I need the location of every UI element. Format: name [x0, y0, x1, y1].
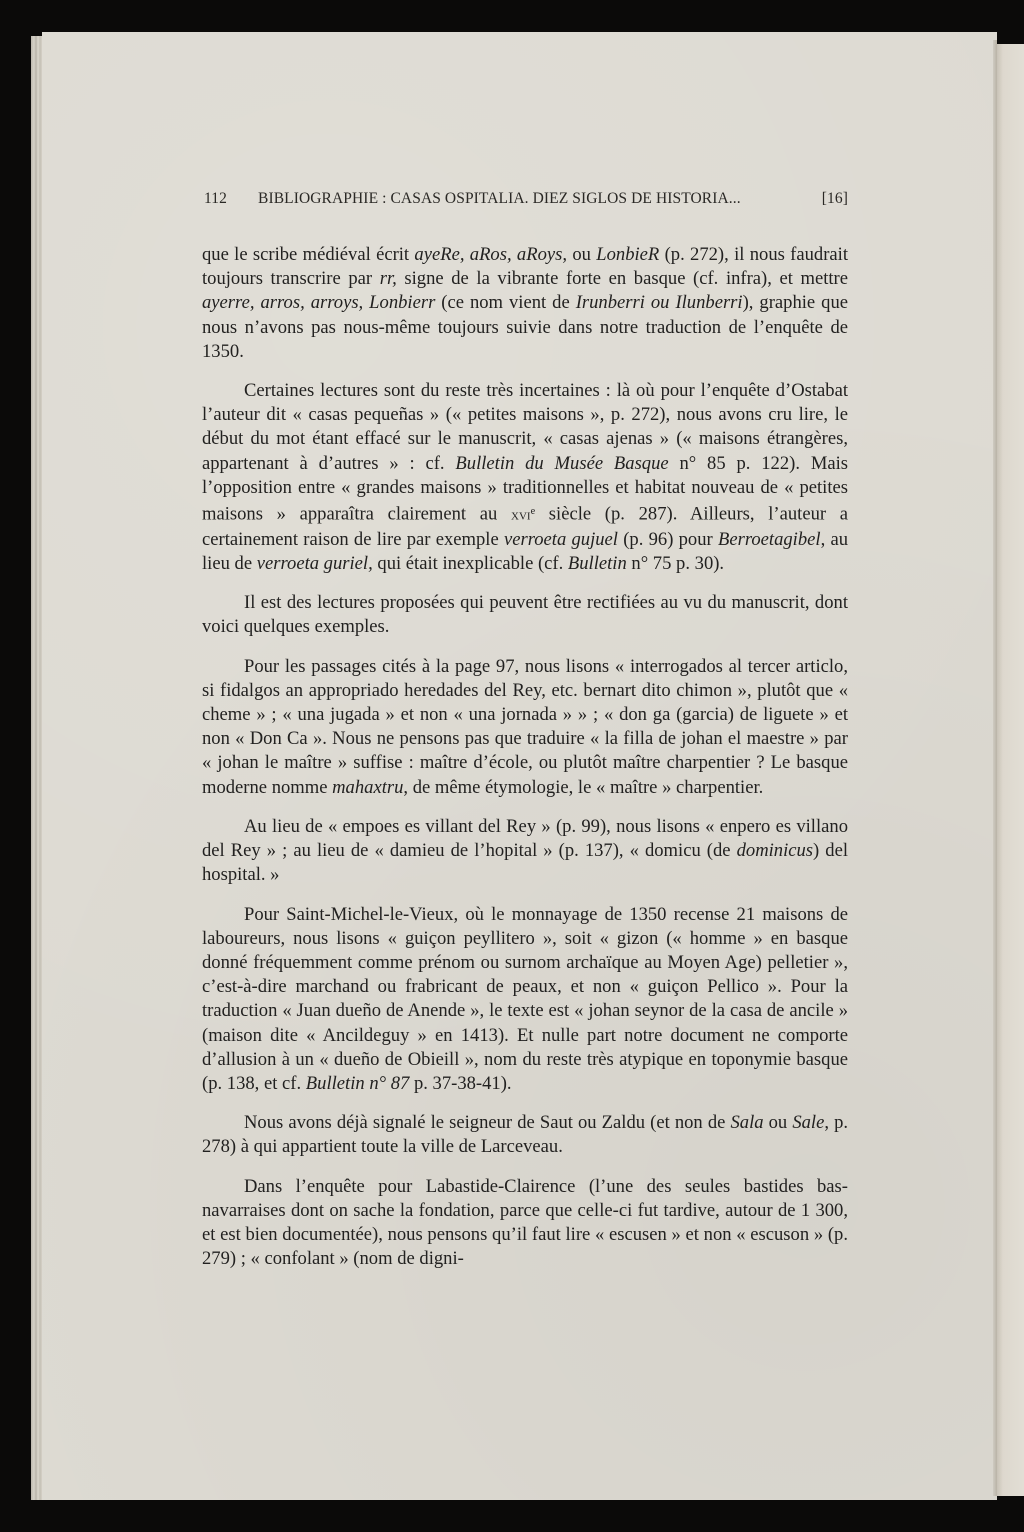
- paragraph: Nous avons déjà signalé le seigneur de S…: [202, 1111, 848, 1159]
- text-run: qui était inexplicable (cf.: [373, 553, 568, 574]
- italic-text: verroeta guriel,: [257, 553, 373, 574]
- text-run: (p. 96) pour: [618, 529, 718, 550]
- italic-text: ayerre, arros, arroys, Lonbierr: [202, 292, 435, 313]
- text-run: n° 75 p. 30).: [627, 553, 724, 574]
- small-caps-text: xvi: [511, 507, 531, 524]
- text-run: Nous avons déjà signalé le seigneur de S…: [244, 1112, 730, 1133]
- text-run: p. 37-38-41).: [409, 1073, 511, 1094]
- adjacent-page-edge: [997, 44, 1024, 1496]
- page-number: 112: [204, 190, 244, 208]
- text-run: Dans l’enquête pour Labastide-Clairence …: [202, 1176, 848, 1270]
- italic-text: rr,: [380, 268, 397, 289]
- paragraph: Certaines lectures sont du reste très in…: [202, 379, 848, 576]
- body-text: que le scribe médiéval écrit ayeRe, aRos…: [202, 243, 848, 1286]
- section-number: [16]: [822, 190, 848, 208]
- italic-text: Sala: [730, 1112, 763, 1133]
- paragraph: que le scribe médiéval écrit ayeRe, aRos…: [202, 243, 848, 364]
- italic-text: verroeta gujuel: [504, 529, 618, 550]
- italic-text: Bulletin n° 87: [306, 1073, 410, 1094]
- text-run: , de même étymologie, le « maître » char…: [403, 777, 763, 798]
- italic-text: mahaxtru: [332, 777, 403, 798]
- text-run: Il est des lectures proposées qui peuven…: [202, 592, 848, 637]
- italic-text: Irunberri ou Ilunberri: [576, 292, 743, 313]
- text-run: Pour Saint-Michel-le-Vieux, où le monnay…: [202, 904, 848, 1094]
- running-title: BIBLIOGRAPHIE : CASAS OSPITALIA. DIEZ SI…: [244, 190, 822, 208]
- paragraph: Pour les passages cités à la page 97, no…: [202, 655, 848, 800]
- italic-text: ayeRe, aRos, aRoys,: [414, 244, 567, 265]
- paragraph: Pour Saint-Michel-le-Vieux, où le monnay…: [202, 903, 848, 1097]
- paragraph: Dans l’enquête pour Labastide-Clairence …: [202, 1175, 848, 1272]
- paragraph: Au lieu de « empoes es villant del Rey »…: [202, 815, 848, 888]
- italic-text: Berroetagibel: [718, 529, 821, 550]
- italic-text: Bulletin: [568, 553, 627, 574]
- text-run: ou: [764, 1112, 793, 1133]
- italic-text: dominicus: [737, 840, 813, 861]
- italic-text: Bulletin du Musée Basque: [455, 453, 668, 474]
- italic-text: Sale: [792, 1112, 824, 1133]
- text-run: que le scribe médiéval écrit: [202, 244, 414, 265]
- italic-text: LonbieR: [596, 244, 659, 265]
- running-header: 112 BIBLIOGRAPHIE : CASAS OSPITALIA. DIE…: [204, 190, 848, 208]
- paragraph: Il est des lectures proposées qui peuven…: [202, 591, 848, 639]
- text-run: ou: [567, 244, 596, 265]
- text-run: (ce nom vient de: [435, 292, 575, 313]
- text-run: signe de la vibrante forte en basque (cf…: [397, 268, 848, 289]
